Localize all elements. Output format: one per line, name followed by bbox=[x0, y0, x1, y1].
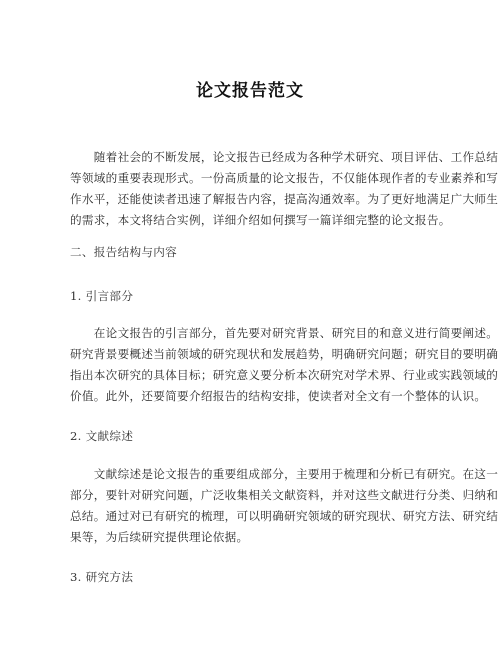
document-title: 论文报告范文 bbox=[0, 76, 500, 101]
paragraph-line: 部分，要针对研究问题，广泛收集相关文献资料，并对这些文献进行分类、归纳和 bbox=[70, 488, 430, 502]
document-page: 论文报告范文 随着社会的不断发展，论文报告已经成为各种学术研究、项目评估、工作总… bbox=[0, 0, 500, 647]
subsection-heading-literature: 2. 文献综述 bbox=[70, 429, 133, 443]
paragraph-line: 研究背景要概述当前领域的研究现状和发展趋势，明确研究问题；研究目的要明确 bbox=[70, 347, 430, 361]
section-heading: 二、报告结构与内容 bbox=[70, 245, 177, 259]
paragraph-line: 价值。此外，还要简要介绍报告的结构安排，使读者对全文有一个整体的认识。 bbox=[70, 389, 430, 403]
subsection-heading-intro: 1. 引言部分 bbox=[70, 289, 133, 303]
intro-line: 作水平，还能使读者迅速了解报告内容，提高沟通效率。为了更好地满足广大师生 bbox=[70, 192, 430, 206]
intro-line: 随着社会的不断发展，论文报告已经成为各种学术研究、项目评估、工作总结 bbox=[70, 150, 430, 164]
paragraph-line: 指出本次研究的具体目标；研究意义要分析本次研究对学术界、行业或实践领域的 bbox=[70, 368, 430, 382]
intro-line: 等领域的重要表现形式。一份高质量的论文报告，不仅能体现作者的专业素养和写 bbox=[70, 171, 430, 185]
paragraph-line: 果等，为后续研究提供理论依据。 bbox=[70, 530, 430, 544]
paragraph-line: 总结。通过对已有研究的梳理，可以明确研究领域的研究现状、研究方法、研究结 bbox=[70, 509, 430, 523]
subsection-heading-methods: 3. 研究方法 bbox=[70, 570, 133, 584]
intro-line: 的需求，本文将结合实例，详细介绍如何撰写一篇详细完整的论文报告。 bbox=[70, 213, 430, 227]
paragraph-line: 在论文报告的引言部分，首先要对研究背景、研究目的和意义进行简要阐述。 bbox=[70, 326, 430, 340]
paragraph-line: 文献综述是论文报告的重要组成部分，主要用于梳理和分析已有研究。在这一 bbox=[70, 467, 430, 481]
